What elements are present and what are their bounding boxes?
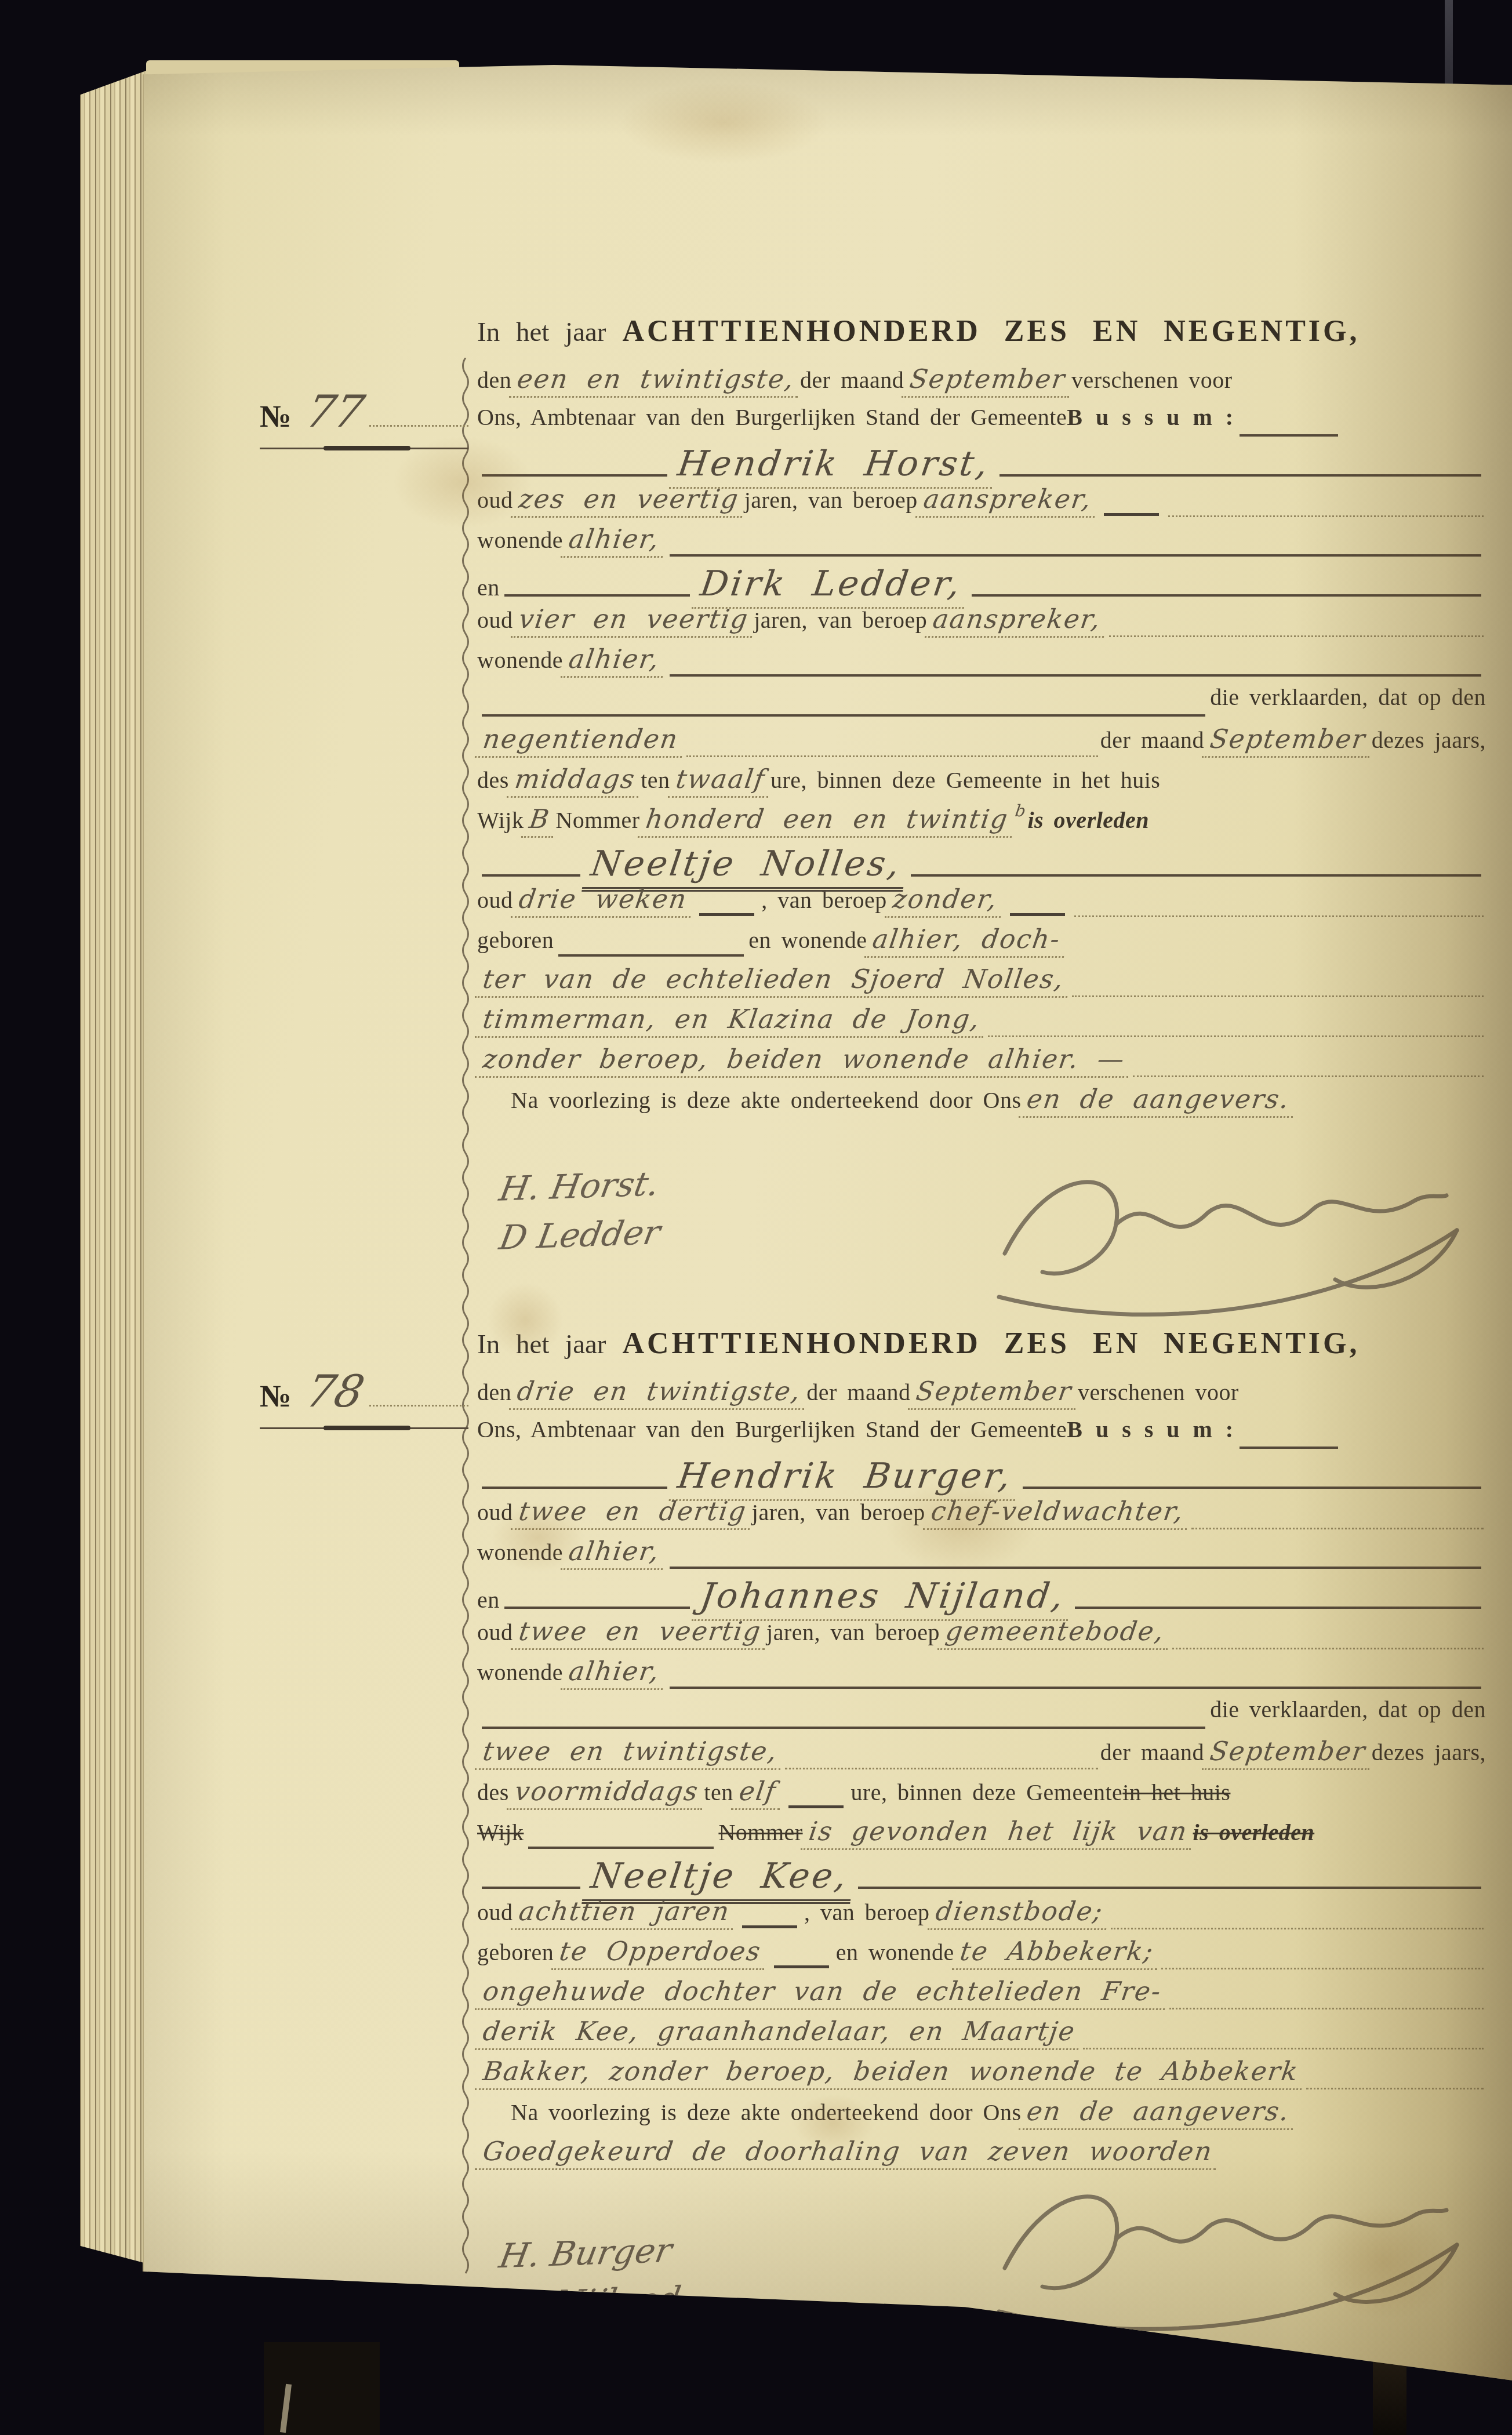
handwritten-text: een en twintigste, <box>509 364 802 398</box>
handwritten-text: September <box>908 1376 1080 1410</box>
paper-stain <box>619 82 828 163</box>
ink-rule <box>482 714 1205 717</box>
handwritten-text: zonder beroep, beiden wonende alhier. — <box>475 1044 1133 1078</box>
ink-dash <box>324 446 410 450</box>
handwritten-text: aanspreker, <box>925 604 1109 638</box>
form-line: des voormiddags ten elf ure, binnen deze… <box>477 1776 1486 1816</box>
handwritten-text: alhier, <box>561 644 667 678</box>
form-line: oud achttien jaren, van beroep dienstbod… <box>477 1896 1486 1936</box>
printed-text: Nommer <box>555 806 639 834</box>
ink-rule <box>482 474 667 477</box>
dotted-leader <box>1306 2088 1484 2089</box>
form-line: des middags ten twaalf ure, binnen deze … <box>477 764 1486 804</box>
handwritten-text: negentienden <box>475 724 686 758</box>
form-line: Hendrik Horst, <box>477 444 1486 484</box>
form-line: die verklaarden, dat op den <box>477 684 1486 724</box>
handwritten-text: voormiddags <box>507 1776 707 1810</box>
signature: D Ledder <box>496 1212 663 1258</box>
ink-rule <box>1023 1487 1481 1489</box>
dotted-leader <box>369 425 468 427</box>
printed-text: verschenen voor <box>1071 366 1233 394</box>
printed-text: oud <box>477 486 513 514</box>
form-line: die verklaarden, dat op den <box>477 1696 1486 1736</box>
ink-dash <box>788 1805 844 1808</box>
printed-text: geboren <box>477 926 554 954</box>
margin-act-78: № 78 <box>260 1369 468 1435</box>
handwritten-name: Dirk Ledder, <box>691 564 970 609</box>
handwritten-text: is gevonden het lijk van <box>800 1816 1195 1850</box>
printed-text: ten <box>641 766 670 794</box>
struck-printed-text: Wijk <box>477 1819 524 1846</box>
printed-text: den <box>477 1379 511 1406</box>
registrar-signature <box>964 2158 1486 2332</box>
ink-rule <box>670 674 1481 677</box>
printed-bold-italic: is overleden <box>1027 806 1149 834</box>
numero-symbol: № <box>260 398 292 434</box>
heading-prefix: In het jaar <box>477 317 606 347</box>
handwritten-text: chef-veldwachter, <box>923 1496 1192 1530</box>
handwritten-text: twee en veertig <box>510 1616 769 1650</box>
printed-text: geboren <box>477 1939 554 1966</box>
signature: H. Burger <box>496 2230 683 2277</box>
handwritten-text: achttien jaren <box>510 1896 737 1930</box>
printed-text: ure, binnen deze Gemeente <box>850 1779 1122 1806</box>
form-line: geboren en wonende alhier, doch- <box>477 924 1486 964</box>
act-body: den drie en twintigste, der maand Septem… <box>477 1376 1486 2176</box>
signatures-act-78: H. BurgerJ v Nijland <box>477 2233 1486 2332</box>
printed-text: den <box>477 366 511 394</box>
ink-rule <box>670 1567 1481 1569</box>
heading-year: ACHTTIENHONDERD ZES EN NEGENTIG, <box>623 1327 1360 1360</box>
printed-text: oud <box>477 1899 513 1926</box>
handwritten-text: en de aangevers. <box>1019 1084 1297 1118</box>
handwritten-text: ongehuwde dochter van de echtelieden Fre… <box>475 1976 1169 2010</box>
act-heading: In het jaarACHTTIENHONDERD ZES EN NEGENT… <box>477 1326 1486 1361</box>
handwritten-text: alhier, doch- <box>864 924 1068 958</box>
form-line: Wijk B Nommer honderd een en twintigbis … <box>477 804 1486 844</box>
form-line: wonende alhier, <box>477 1656 1486 1696</box>
margin-rule <box>260 1427 468 1435</box>
form-line: Neeltje Kee, <box>477 1856 1486 1896</box>
handwritten-text: alhier, <box>561 1656 667 1690</box>
printed-text: der maand <box>806 1379 910 1406</box>
form-line: den een en twintigste, der maand Septemb… <box>477 364 1486 404</box>
form-line: Ons, Ambtenaar van den Burgerlijken Stan… <box>477 404 1486 444</box>
handwritten-text: twee en twintigste, <box>475 1736 786 1770</box>
handwritten-text: gemeentebode, <box>937 1616 1172 1650</box>
form-line: wonende alhier, <box>477 524 1486 564</box>
registrar-signature <box>964 1143 1486 1317</box>
printed-text: dezes jaars, <box>1372 1739 1486 1766</box>
handwritten-text: te Abbekerk; <box>952 1936 1162 1970</box>
handwritten-text: alhier, <box>561 524 667 558</box>
printed-text: Ons, Ambtenaar van den Burgerlijken Stan… <box>477 1416 1067 1443</box>
handwritten-name: Johannes Nijland, <box>691 1576 1074 1621</box>
margin-act-77: № 77 <box>260 390 468 455</box>
dotted-leader <box>1191 1528 1484 1529</box>
act-heading: In het jaarACHTTIENHONDERD ZES EN NEGENT… <box>477 314 1486 348</box>
handwritten-text: September <box>1202 724 1374 758</box>
printed-text: die verklaarden, dat op den <box>1210 684 1486 711</box>
ink-dash <box>699 913 754 916</box>
handwritten-text: September <box>902 364 1074 398</box>
form-line: geboren te Opperdoes en wonende te Abbek… <box>477 1936 1486 1976</box>
ink-rule <box>558 954 744 957</box>
printed-text: wonende <box>477 526 563 554</box>
handwritten-text: Bakker, zonder beroep, beiden wonende te… <box>475 2056 1307 2090</box>
form-line: zonder beroep, beiden wonende alhier. — <box>477 1044 1486 1084</box>
form-line: Ons, Ambtenaar van den Burgerlijken Stan… <box>477 1416 1486 1456</box>
printed-text: die verklaarden, dat op den <box>1210 1696 1486 1723</box>
form-line: en Johannes Nijland, <box>477 1576 1486 1616</box>
printed-text: oud <box>477 1499 513 1526</box>
ink-rule <box>482 1887 580 1889</box>
handwritten-text: vier en veertig <box>510 604 756 638</box>
ink-rule <box>528 1847 714 1849</box>
heading-year: ACHTTIENHONDERD ZES EN NEGENTIG, <box>623 315 1360 348</box>
handwritten-text: timmerman, en Klazina de Jong, <box>475 1004 988 1038</box>
dotted-leader <box>1083 2048 1484 2049</box>
handwritten-text: zes en veertig <box>510 484 746 518</box>
dotted-leader <box>1169 2008 1484 2009</box>
printed-bold: B u s s u m : <box>1067 404 1235 431</box>
page-stack-edges <box>80 71 146 2263</box>
handwritten-text: September <box>1202 1736 1374 1770</box>
handwritten-text: drie en twintigste, <box>509 1376 809 1410</box>
form-line: derik Kee, graanhandelaar, en Maartje <box>477 2016 1486 2056</box>
handwritten-text: ter van de echtelieden Sjoerd Nolles, <box>475 964 1072 998</box>
death-record-77: In het jaarACHTTIENHONDERD ZES EN NEGENT… <box>477 314 1486 1124</box>
ink-rule <box>999 474 1481 477</box>
ink-rule <box>482 1487 667 1489</box>
printed-text: jaren, van beroep <box>752 1499 925 1526</box>
printed-text: der maand <box>1100 1739 1204 1766</box>
handwritten-text: alhier, <box>561 1536 667 1570</box>
printed-text: wonende <box>477 1659 563 1686</box>
form-line: oud twee en dertig jaren, van beroep che… <box>477 1496 1486 1536</box>
ink-rule <box>858 1887 1481 1889</box>
printed-text: ten <box>704 1779 733 1806</box>
ink-rule <box>1240 434 1338 437</box>
dotted-leader <box>686 755 1098 757</box>
ink-rule <box>504 1607 690 1609</box>
form-line: den drie en twintigste, der maand Septem… <box>477 1376 1486 1416</box>
form-line: negentienden der maand September dezes j… <box>477 724 1486 764</box>
act-number-handwritten: 77 <box>303 390 368 434</box>
printed-text: Wijk <box>477 806 524 834</box>
declarant-signatures: H. Horst.D Ledder <box>477 1166 659 1317</box>
dotted-leader <box>1172 1648 1484 1649</box>
printed-text: der maand <box>1100 726 1204 754</box>
handwritten-superscript: b <box>1012 801 1029 820</box>
printed-text: en <box>477 574 500 601</box>
handwritten-text: derik Kee, graanhandelaar, en Maartje <box>475 2016 1084 2050</box>
printed-text: Ons, Ambtenaar van den Burgerlijken Stan… <box>477 404 1067 431</box>
form-line: twee en twintigste, der maand September … <box>477 1736 1486 1776</box>
handwritten-text: honderd een en twintig <box>638 804 1016 838</box>
form-line: en Dirk Ledder, <box>477 564 1486 604</box>
ink-dash <box>742 1925 797 1928</box>
printed-text: Na voorlezing is deze akte onderteekend … <box>511 1086 1021 1114</box>
struck-printed-text: in het huis <box>1122 1779 1230 1806</box>
handwritten-text: te Opperdoes <box>551 1936 769 1970</box>
form-line: oud zes en veertig jaren, van beroep aan… <box>477 484 1486 524</box>
margin-wavy-rule <box>460 358 471 2283</box>
printed-text: oud <box>477 1619 513 1646</box>
printed-text: en wonende <box>836 1939 954 1966</box>
dotted-leader <box>1168 515 1484 517</box>
ink-rule <box>482 1727 1205 1729</box>
death-record-78: In het jaarACHTTIENHONDERD ZES EN NEGENT… <box>477 1326 1486 2176</box>
form-line: Na voorlezing is deze akte onderteekend … <box>477 2096 1486 2136</box>
printed-text: verschenen voor <box>1078 1379 1239 1406</box>
printed-bold: B u s s u m : <box>1067 1416 1235 1443</box>
ink-rule <box>1240 1447 1338 1449</box>
ink-rule <box>670 1687 1481 1689</box>
numero-symbol: № <box>260 1378 292 1414</box>
handwritten-text: en de aangevers. <box>1019 2096 1297 2130</box>
act-body: den een en twintigste, der maand Septemb… <box>477 364 1486 1124</box>
printed-text: dezes jaars, <box>1372 726 1486 754</box>
dotted-leader <box>785 1768 1097 1769</box>
signature: H. Horst. <box>496 1164 663 1209</box>
form-line: Neeltje Nolles, <box>477 844 1486 884</box>
handwritten-name: Hendrik Horst, <box>669 444 998 489</box>
form-line: Na voorlezing is deze akte onderteekend … <box>477 1084 1486 1124</box>
printed-text: jaren, van beroep <box>744 486 918 514</box>
form-line: WijkNommeris gevonden het lijk vanis ove… <box>477 1816 1486 1856</box>
printed-text: ure, binnen deze Gemeente in het huis <box>770 766 1161 794</box>
handwritten-text: dienstbode; <box>927 1896 1111 1930</box>
dotted-leader <box>1133 1075 1484 1077</box>
form-line: timmerman, en Klazina de Jong, <box>477 1004 1486 1044</box>
ink-rule <box>504 594 690 597</box>
printed-text: des <box>477 766 509 794</box>
dotted-leader <box>1111 1928 1484 1929</box>
ink-dash <box>324 1426 410 1430</box>
dotted-leader <box>988 1035 1484 1037</box>
handwritten-text: twee en dertig <box>510 1496 754 1530</box>
printed-text: der maand <box>800 366 904 394</box>
handwritten-text: B <box>521 804 558 838</box>
signatures-act-77: H. Horst.D Ledder <box>477 1166 1486 1317</box>
form-line: wonende alhier, <box>477 1536 1486 1576</box>
printed-text: oud <box>477 886 513 914</box>
handwritten-text: elf <box>731 1776 784 1810</box>
signature: J v Nijland <box>495 2278 684 2334</box>
printed-text: en wonende <box>748 926 867 954</box>
declarant-signatures: H. BurgerJ v Nijland <box>477 2233 679 2332</box>
ink-dash <box>1104 513 1159 516</box>
margin-rule <box>260 448 468 455</box>
form-line: ter van de echtelieden Sjoerd Nolles, <box>477 964 1486 1004</box>
printed-text: wonende <box>477 646 563 674</box>
form-line: ongehuwde dochter van de echtelieden Fre… <box>477 1976 1486 2016</box>
printed-text: jaren, van beroep <box>754 606 927 634</box>
ink-rule <box>482 874 580 877</box>
printed-text: wonende <box>477 1539 563 1566</box>
heading-prefix: In het jaar <box>477 1329 606 1360</box>
printed-text: jaren, van beroep <box>766 1619 940 1646</box>
form-line: Hendrik Burger, <box>477 1456 1486 1496</box>
handwritten-text: drie weken <box>510 884 695 918</box>
ink-rule <box>911 874 1481 877</box>
printed-text: des <box>477 1779 509 1806</box>
act-number-handwritten: 78 <box>303 1369 368 1413</box>
ink-rule <box>1075 1607 1481 1609</box>
handwritten-name: Hendrik Burger, <box>669 1456 1022 1501</box>
struck-printed-text: is overleden <box>1193 1819 1315 1846</box>
form-line: oud vier en veertig jaren, van beroep aa… <box>477 604 1486 644</box>
register-page: № 77 № 78 In het jaarACHTTIENHONDERD ZES… <box>143 65 1512 2435</box>
dotted-leader <box>369 1405 468 1407</box>
handwritten-text: middags <box>507 764 644 798</box>
ink-dash <box>1010 913 1065 916</box>
dotted-leader <box>1074 915 1484 917</box>
printed-text: Na voorlezing is deze akte onderteekend … <box>511 2099 1021 2126</box>
printed-text: en <box>477 1586 500 1613</box>
dotted-leader <box>1109 635 1484 637</box>
dotted-leader <box>1161 1968 1484 1969</box>
form-line: Bakker, zonder beroep, beiden wonende te… <box>477 2056 1486 2096</box>
form-line: oud twee en veertig jaren, van beroep ge… <box>477 1616 1486 1656</box>
ink-rule <box>670 554 1481 557</box>
struck-printed-text: Nommer <box>718 1819 802 1846</box>
handwritten-text: aanspreker, <box>915 484 1100 518</box>
ink-dash <box>774 1965 829 1968</box>
form-line: oud drie weken, van beroep zonder, <box>477 884 1486 924</box>
dotted-leader <box>1072 995 1484 997</box>
printed-text: oud <box>477 606 513 634</box>
handwritten-text: zonder, <box>885 884 1005 918</box>
form-line: wonende alhier, <box>477 644 1486 684</box>
handwritten-text: twaalf <box>667 764 773 798</box>
ink-rule <box>972 594 1481 597</box>
